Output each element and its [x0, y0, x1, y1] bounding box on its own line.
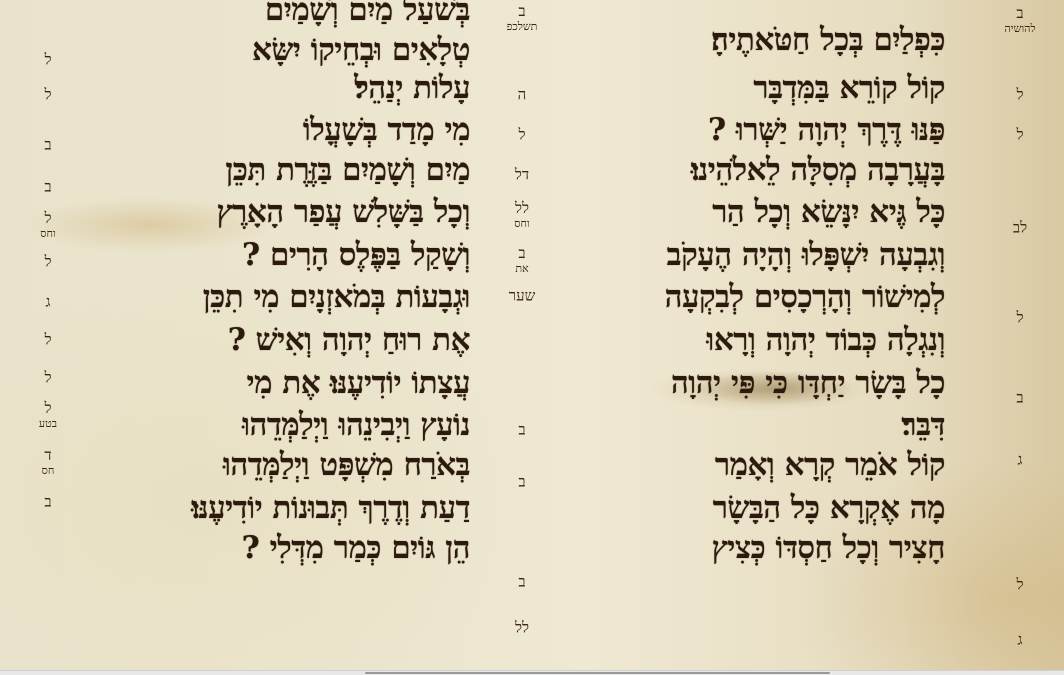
masorah-note: ב [44, 495, 51, 510]
masorah-sign: ג [46, 293, 51, 311]
masorah-note: ל [1016, 128, 1023, 143]
horizontal-scrollbar[interactable] [0, 670, 1064, 675]
left-column-line: עֲצָתוֹ יוֹדִיעֶנּוּ׃ אֶת מִי [247, 365, 470, 401]
right-column-line: חָצִיר וְכָל חַסְדּוֹ כְּצִיץ [712, 530, 945, 566]
masorah-sign: ד [44, 446, 51, 464]
left-column-line: בְּשֹׁעַל מַיִם וְשָׁמַיִם [265, 0, 470, 28]
masorah-sign: ב [518, 2, 525, 20]
left-column-line: טְלָאִים וּבְחֵיקוֹ יִשָּׂא [252, 32, 470, 68]
masorah-sign: שער [509, 287, 535, 305]
left-column-line: מִי מָדַד בְּשָׁעֳלוֹ [303, 112, 470, 148]
left-column-line: בְּאֹרַח מִשְׁפָּט וַיְלַמְּדֵהוּ [223, 447, 470, 483]
right-column-line: מָה אֶקְרָא כָּל הַבָּשָׂר [713, 490, 945, 526]
masorah-sign: לל [515, 199, 529, 217]
masorah-note: לל [515, 621, 529, 636]
masorah-sign: ל [518, 126, 525, 144]
masorah-note: ב [518, 575, 525, 590]
right-column-line: לְמִישׁוֹר וְהָרְכָסִים לְבִקְעָה [665, 279, 945, 315]
left-column-line: הֵן גּוֹיִם כְּמַר מִדְּלִי ? [242, 530, 470, 566]
masorah-sign: ל [44, 331, 51, 349]
masorah-note: ג [1018, 453, 1023, 468]
right-column-line: כִּפְלַיִם בְּכָל חַטֹּאתֶיהָ׃ [711, 22, 945, 58]
masorah-sign: ב [518, 573, 525, 591]
masorah-note-word: בטע [39, 418, 57, 429]
masorah-sign: ב [518, 244, 525, 262]
right-column-line: וְגִבְעָה יִשְׁפָּלוּ וְהָיָה הֶעָקֹב [667, 237, 945, 273]
masorah-sign: ל [1016, 126, 1023, 144]
masorah-sign: ל [44, 369, 51, 387]
masorah-note: ל [1016, 578, 1023, 593]
masorah-sign: ב [44, 493, 51, 511]
masorah-sign: ל [1016, 86, 1023, 104]
masorah-note-word: תשלכפ [507, 21, 538, 32]
masorah-note: באת [515, 246, 528, 274]
left-column-line: מַיִם וְשָׁמַיִם בַּזֶּרֶת תִּכֵּן [225, 152, 470, 188]
masorah-note: לבטע [39, 401, 57, 429]
masorah-sign: ל [44, 209, 51, 227]
masorah-note-word: וחס [514, 218, 530, 229]
right-column-line: קוֹל אֹמֵר קְרָא וְאָמַר [715, 447, 945, 483]
masorah-sign: ל [1016, 576, 1023, 594]
right-column-line: קוֹל קוֹרֵא בַּמִּדְבָּר [753, 70, 945, 106]
manuscript-page: בְּשֹׁעַל מַיִם וְשָׁמַיִםטְלָאִים וּבְח… [0, 0, 1064, 675]
masorah-note-word: את [515, 263, 528, 274]
masorah-note: לב [1013, 221, 1027, 236]
masorah-note: ללוחס [514, 201, 530, 229]
left-column-line: אֶת רוּחַ יְהוָה וְאִישׁ ? [228, 322, 470, 358]
masorah-note: דחס [42, 448, 55, 476]
masorah-sign: לב [1013, 219, 1027, 237]
masorah-sign: ג [1018, 631, 1023, 649]
right-column-line: וְנִגְלָה כְּבוֹד יְהוָה וְרָאוּ [706, 322, 945, 358]
right-column-line: פַּנּוּ דֶּרֶךְ יְהוָה יַשְּׁרוּ ? [708, 112, 945, 148]
masorah-note: ב [1016, 391, 1023, 406]
masorah-note-word: חס [42, 465, 55, 476]
masorah-sign: ל [44, 86, 51, 104]
masorah-note: ב [518, 475, 525, 490]
left-column-line: נוֹעָץ וַיְבִינֵהוּ וַיְלַמְּדֵהוּ [242, 407, 470, 443]
masorah-sign: ל [44, 399, 51, 417]
masorah-note: בתשלכפ [507, 4, 538, 32]
masorah-note: בלהושיה [1004, 6, 1035, 34]
masorah-sign: ב [518, 473, 525, 491]
masorah-note: ב [44, 180, 51, 195]
masorah-sign: ב [44, 136, 51, 154]
left-column-line: וְשָׁקַל בַּפֶּלֶס הָרִים ? [242, 237, 470, 273]
masorah-note: ג [46, 295, 51, 310]
masorah-sign: ב [518, 421, 525, 439]
masorah-note: ל [1016, 88, 1023, 103]
scrollbar-thumb[interactable] [365, 672, 830, 674]
masorah-sign: ב [1016, 389, 1023, 407]
masorah-note: ל [44, 371, 51, 386]
masorah-note: דל [515, 168, 529, 183]
masorah-sign: ג [1018, 451, 1023, 469]
masorah-sign: ה [518, 86, 527, 104]
masorah-sign: ל [44, 253, 51, 271]
masorah-note: ל [518, 128, 525, 143]
masorah-note: לוחס [40, 211, 56, 239]
masorah-sign: ב [44, 178, 51, 196]
right-column-line: כָל בָּשָׂר יַחְדָּו כִּי פִּי יְהוָה [671, 365, 945, 401]
left-column-line: וְכָל בַּשָּׁלִשׁ עֲפַר הָאָרֶץ [216, 194, 470, 230]
right-column-line: כָּל גֶּיא יִנָּשֵׂא וְכָל הַר [712, 194, 945, 230]
right-column-line: דִּבֵּר׃ [902, 407, 945, 443]
masorah-sign: ב [1016, 4, 1023, 22]
masorah-note: ל [44, 88, 51, 103]
left-column-line: וּגְבָעוֹת בְּמֹאזְנָיִם מִי תִכֵּן [203, 279, 470, 315]
masorah-note: ג [1018, 633, 1023, 648]
masorah-note: ל [44, 333, 51, 348]
right-column-line: בָּעֲרָבָה מְסִלָּה לֵאלֹהֵינוּ׃ [691, 152, 945, 188]
masorah-sign: דל [515, 166, 529, 184]
masorah-note: ב [518, 423, 525, 438]
masorah-note: שער [509, 289, 535, 304]
masorah-note: ל [44, 53, 51, 68]
left-column-line: דַעַת וְדֶרֶךְ תְּבוּנוֹת יוֹדִיעֶנּוּ׃ [192, 490, 470, 526]
masorah-sign: ל [1016, 309, 1023, 327]
masorah-note: ל [1016, 311, 1023, 326]
masorah-note: ב [44, 138, 51, 153]
masorah-sign: ל [44, 51, 51, 69]
masorah-note: ל [44, 255, 51, 270]
masorah-note-word: וחס [40, 228, 56, 239]
masorah-note: ה [518, 88, 527, 103]
left-column-line: עָלוֹת יְנַהֵל׃ [355, 70, 470, 106]
masorah-note-word: להושיה [1004, 23, 1035, 34]
masorah-sign: לל [515, 619, 529, 637]
